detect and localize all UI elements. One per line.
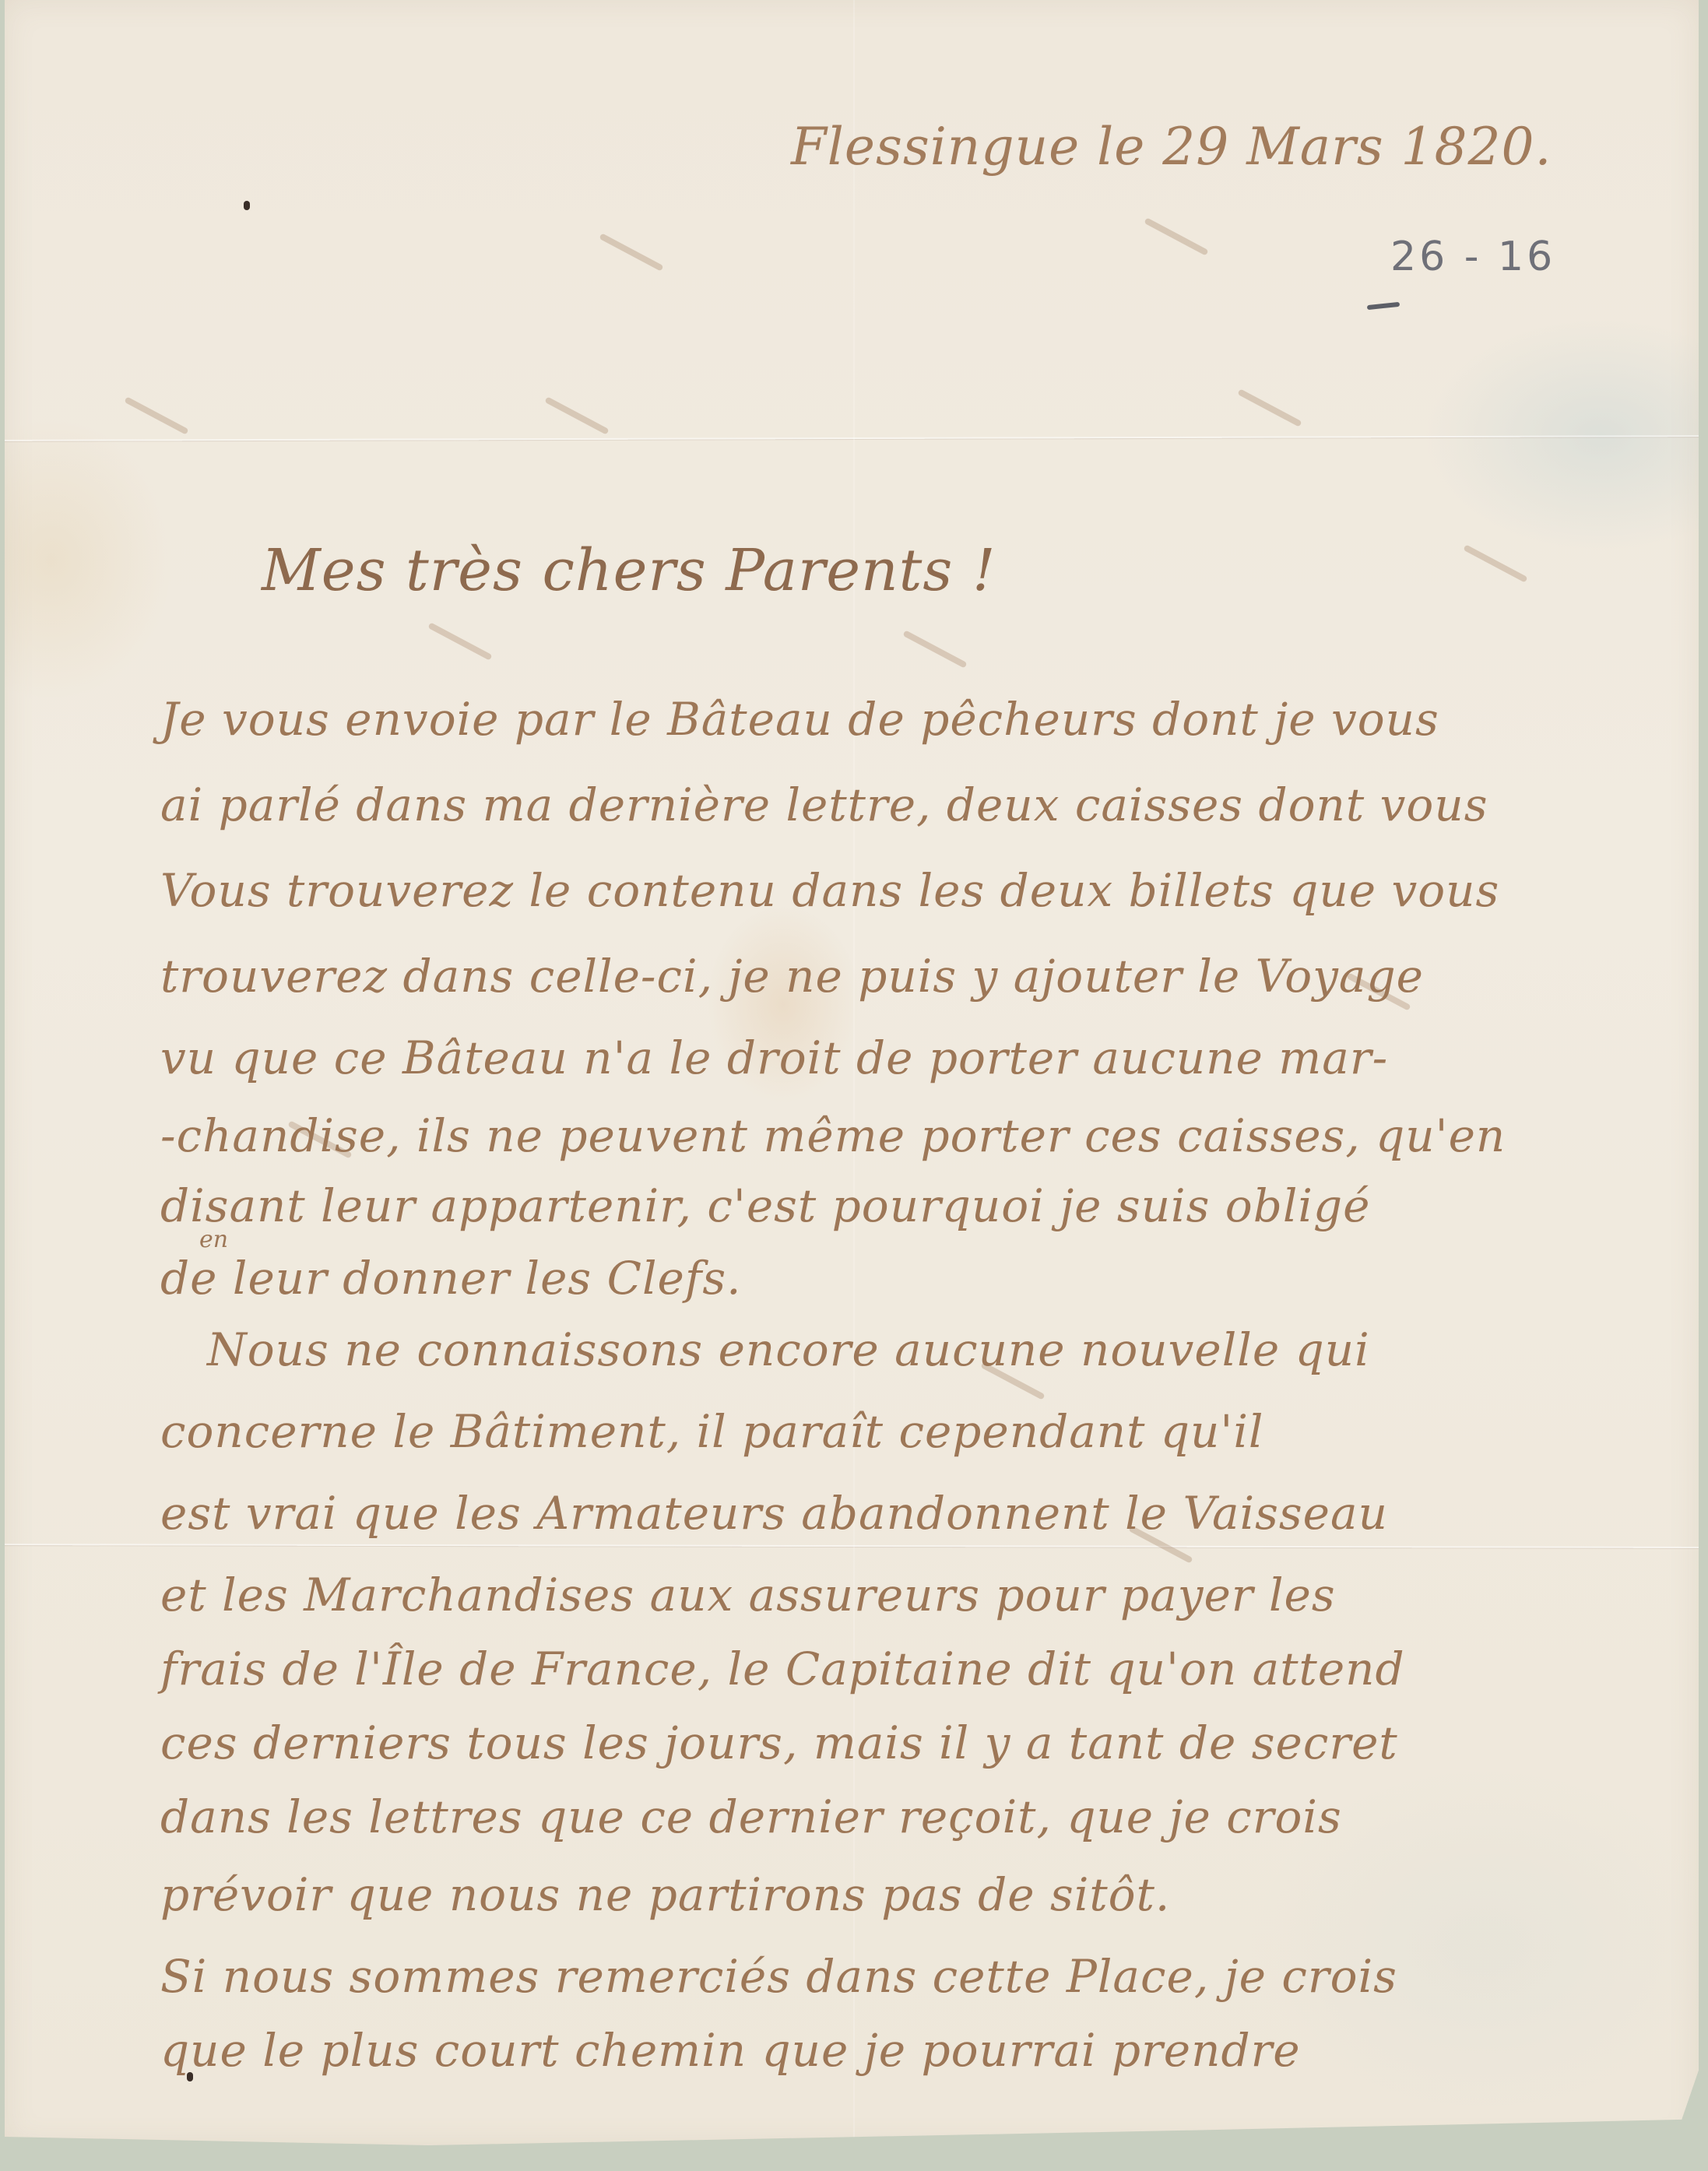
bleed-through-mark (1144, 217, 1208, 255)
letter-line: -chandise, ils ne peuvent même porter ce… (160, 1109, 1506, 1162)
archive-annotation: 26 - 16 (1390, 234, 1555, 280)
fold-crease (5, 1544, 1699, 1548)
letter-line: Nous ne connaissons encore aucune nouvel… (207, 1323, 1370, 1376)
bleed-through-mark (544, 396, 609, 434)
letter-line: concerne le Bâtiment, il paraît cependan… (160, 1405, 1263, 1458)
bleed-through-mark (902, 630, 967, 668)
letter-line: Je vous envoie par le Bâteau de pêcheurs… (160, 693, 1439, 746)
annotation-underline (1367, 302, 1400, 310)
place-date-line: Flessingue le 29 Mars 1820. (791, 117, 1552, 177)
salutation: Mes très chers Parents ! (262, 537, 996, 604)
letter-line: disant leur appartenir, c'est pourquoi j… (160, 1179, 1370, 1232)
letter-line: ces derniers tous les jours, mais il y a… (160, 1716, 1398, 1769)
letter-line: vu que ce Bâteau n'a le droit de porter … (160, 1031, 1388, 1084)
letter-line: trouverez dans celle-ci, je ne puis y aj… (160, 950, 1424, 1003)
bleed-through-mark (1463, 544, 1527, 582)
interlinear-insertion: en (199, 1226, 228, 1253)
letter-line: de leur donner les Clefs. (160, 1252, 742, 1305)
ink-spot (244, 201, 250, 210)
bleed-through-mark (1237, 388, 1302, 427)
bleed-through-mark (427, 622, 492, 660)
letter-line: dans les lettres que ce dernier reçoit, … (160, 1790, 1342, 1843)
letter-line: frais de l'Île de France, le Capitaine d… (160, 1642, 1405, 1695)
bleed-through-mark (599, 233, 663, 271)
fold-crease (5, 435, 1699, 441)
letter-line: prévoir que nous ne partirons pas de sit… (160, 1868, 1170, 1921)
letter-line: est vrai que les Armateurs abandonnent l… (160, 1487, 1388, 1540)
letter-line: que le plus court chemin que je pourrai … (160, 2024, 1301, 2077)
letter-line: ai parlé dans ma dernière lettre, deux c… (160, 778, 1488, 831)
letter-line: Vous trouverez le contenu dans les deux … (160, 864, 1499, 917)
bleed-through-mark (124, 396, 188, 434)
letter-line: et les Marchandises aux assureurs pour p… (160, 1569, 1336, 1621)
letter-line: Si nous sommes remerciés dans cette Plac… (160, 1950, 1397, 2003)
letter-page: Flessingue le 29 Mars 1820. 26 - 16 Mes … (5, 0, 1699, 2145)
